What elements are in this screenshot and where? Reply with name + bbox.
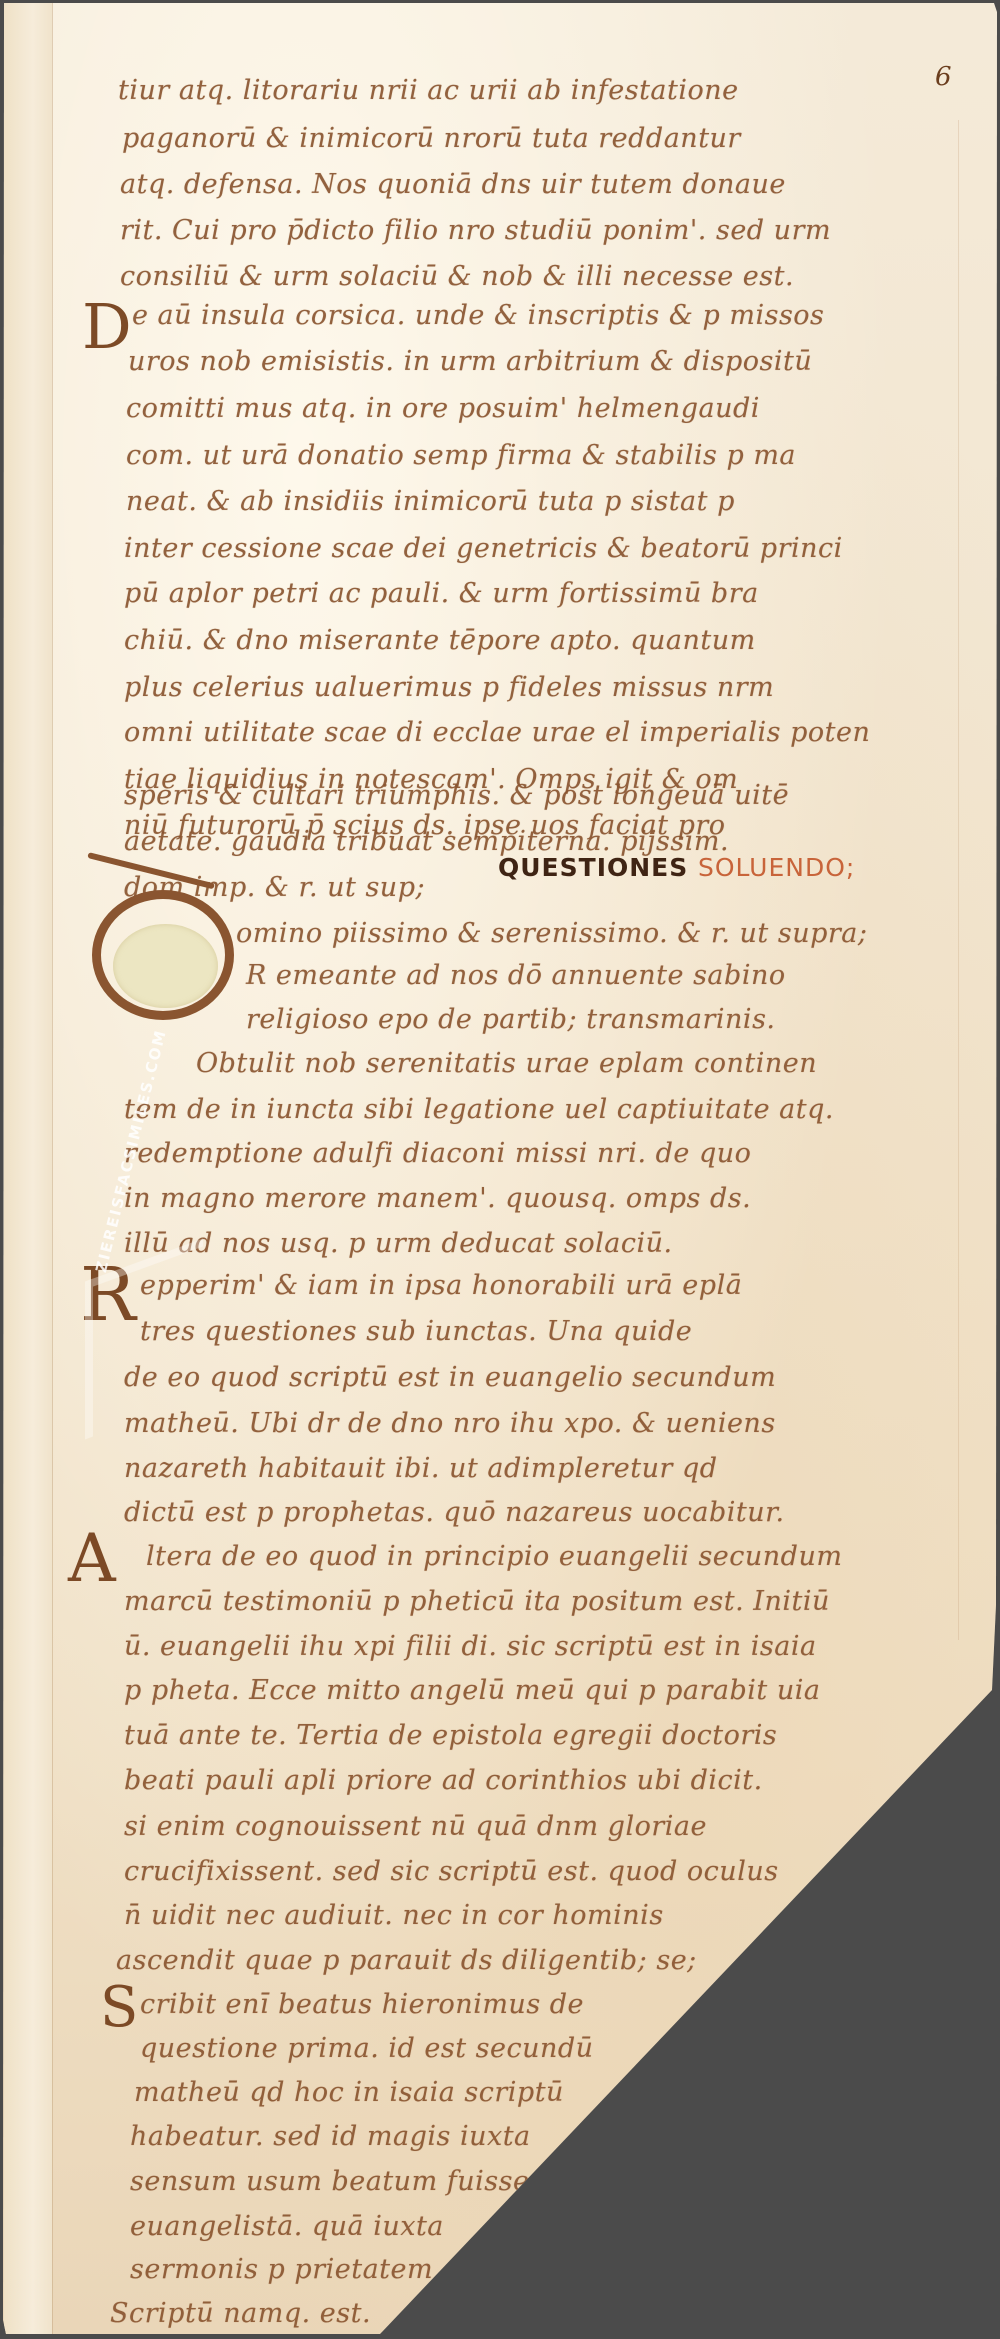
initial-letter-a: A <box>68 1520 116 1597</box>
manuscript-line: tres questiones sub iunctas. Una quide <box>140 1316 692 1347</box>
manuscript-line: redemptione adulfi diaconi missi nri. de… <box>124 1138 751 1169</box>
initial-letter-d: D <box>82 290 132 363</box>
manuscript-line: crucifixissent. sed sic scriptū est. quo… <box>124 1856 779 1887</box>
manuscript-line: dictū est p prophetas. quō nazareus uoca… <box>124 1497 785 1528</box>
manuscript-line: tuā ante te. Tertia de epistola egregii … <box>124 1720 777 1751</box>
manuscript-line: uros nob emisistis. in urm arbitrium & d… <box>128 346 812 377</box>
manuscript-line: omino piissimo & serenissimo. & r. ut su… <box>236 918 868 949</box>
rubric-heading-red: SOLUENDO; <box>698 853 855 882</box>
manuscript-line: chiū. & dno miserante tēpore apto. quant… <box>124 625 756 656</box>
manuscript-line: inter cessione scae dei genetricis & bea… <box>124 533 843 564</box>
manuscript-line: atq. defensa. Nos quoniā dns uir tutem d… <box>120 169 786 200</box>
manuscript-line: ascendit quae p parauit ds diligentib; s… <box>116 1945 697 1976</box>
manuscript-line: p pheta. Ecce mitto angelū meū qui p par… <box>124 1675 820 1706</box>
gutter-fold-line <box>52 3 53 2334</box>
manuscript-line: neat. & ab insidiis inimicorū tuta p sis… <box>126 486 735 517</box>
manuscript-line: de eo quod scriptū est in euangelio secu… <box>124 1362 776 1393</box>
manuscript-line: consiliū & urm solaciū & nob & illi nece… <box>120 261 794 292</box>
initial-letter-s: S <box>100 1975 138 2040</box>
manuscript-line: omni utilitate scae di ecclae urae el im… <box>124 717 870 748</box>
manuscript-line: in magno merore manem'. quousq. omps ds. <box>124 1183 751 1214</box>
manuscript-line: si enim cognouissent nū quā dnm gloriae <box>124 1811 707 1842</box>
rubric-heading: QUESTIONES SOLUENDO; <box>498 853 855 882</box>
manuscript-line: tiur atq. litorariu nrii ac urii ab infe… <box>118 75 739 106</box>
manuscript-line: euangelistā. quā iuxta <box>130 2211 444 2242</box>
folio-number: 6 <box>935 62 952 92</box>
manuscript-line: e aū insula corsica. unde & inscriptis &… <box>132 300 824 331</box>
manuscript-line: religioso epo de partib; transmarinis. <box>246 1004 776 1035</box>
manuscript-line: epperim' & iam in ipsa honorabili urā ep… <box>140 1270 742 1301</box>
manuscript-line: ū. euangelii ihu xpi filii di. sic scrip… <box>124 1631 817 1662</box>
manuscript-line: sensum usum beatum fuisse <box>130 2166 529 2197</box>
manuscript-line: pū aplor petri ac pauli. & urm fortissim… <box>124 578 759 609</box>
manuscript-line: nazareth habitauit ibi. ut adimpleretur … <box>124 1453 718 1484</box>
manuscript-line: marcū testimoniū p pheticū ita positum e… <box>124 1586 830 1617</box>
manuscript-line: matheū qd hoc in isaia scriptū <box>134 2077 564 2108</box>
decorated-initial-d-fill <box>113 924 218 1008</box>
manuscript-line: ltera de eo quod in principio euangelii … <box>146 1541 842 1572</box>
manuscript-line: questione prima. id est secundū <box>140 2033 594 2064</box>
manuscript-line: cribit enī beatus hieronimus de <box>140 1989 584 2020</box>
manuscript-line: R emeante ad nos dō annuente sabino <box>246 960 786 991</box>
manuscript-line: speris & cultari triumphis. & post longe… <box>124 780 789 811</box>
manuscript-line: plus celerius ualuerimus p fideles missu… <box>124 672 774 703</box>
manuscript-line: comitti mus atq. in ore posuim' helmenga… <box>126 393 760 424</box>
manuscript-page: 6 tiur atq. litorariu nrii ac urii ab in… <box>0 0 1000 2339</box>
manuscript-line: Scriptū namq. est. <box>110 2298 371 2329</box>
manuscript-line: habeatur. sed id magis iuxta <box>130 2121 531 2152</box>
manuscript-line: rit. Cui pro p̄dicto filio nro studiū po… <box>120 215 831 246</box>
manuscript-line: matheū. Ubi dr de dno nro ihu xpo. & uen… <box>124 1408 776 1439</box>
manuscript-line: sermonis p prietatem <box>130 2254 433 2285</box>
binding-gutter <box>4 3 52 2334</box>
ruling-line-right <box>958 120 959 1640</box>
manuscript-line: paganorū & inimicorū nrorū tuta reddantu… <box>122 123 741 154</box>
manuscript-line: illū ad nos usq. p urm deducat solaciū. <box>124 1228 673 1259</box>
manuscript-line: Obtulit nob serenitatis urae eplam conti… <box>196 1048 817 1079</box>
manuscript-line: beati pauli apli priore ad corinthios ub… <box>124 1765 763 1796</box>
manuscript-line: com. ut urā donatio semp firma & stabili… <box>126 440 796 471</box>
manuscript-line: n̄ uidit nec audiuit. nec in cor hominis <box>124 1900 664 1931</box>
manuscript-line: tem de in iuncta sibi legatione uel capt… <box>124 1094 834 1125</box>
rubric-heading-dark: QUESTIONES <box>498 853 698 882</box>
